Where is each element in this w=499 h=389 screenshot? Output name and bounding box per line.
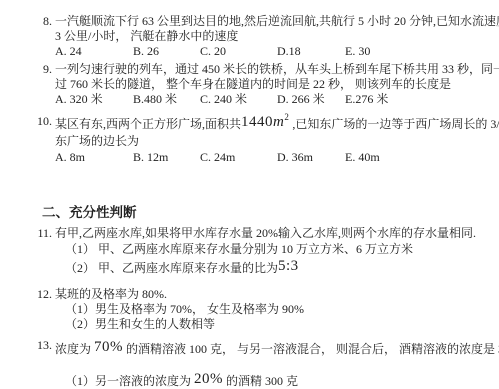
option-c: C. 240 米 (200, 92, 277, 107)
question-13-number: 13. (30, 338, 52, 353)
concentration-formula-70: 70% (94, 339, 123, 355)
question-12-stem: 某班的及格率为 80%. (55, 287, 489, 302)
option-a: A. 320 米 (55, 92, 133, 107)
question-13-text-mid: 的酒精溶液 100 克， 与另一溶液混合， 则混合后， 酒精溶液的浓度是 30%… (126, 342, 499, 356)
option-b: B. 12m (133, 150, 200, 165)
concentration-formula-20: 20% (194, 371, 223, 387)
question-10: 10. 某区有东,西两个正方形广场,面积共1440m2 ,已知东广场的一边等于西… (0, 114, 499, 165)
question-10-text-pre: 某区有东,西两个正方形广场,面积共 (55, 117, 241, 131)
question-8-number: 8. (30, 14, 52, 29)
question-12-condition-2: （2）男生和女生的人数相等 (65, 317, 489, 332)
ratio-formula: 5:3 (278, 258, 299, 274)
option-c: C. 24m (200, 150, 277, 165)
document-page: 8. 一汽艇顺流下行 63 公里到达目的地,然后逆流回航,共航行 5 小时 20… (0, 0, 499, 389)
condition-2-text: （2） 甲、乙两座水库原来存水量的比为 (65, 261, 278, 275)
option-e: E. 40m (345, 150, 380, 165)
area-formula: 1440m2 (241, 114, 289, 130)
question-13-condition-1: （1）另一溶液的浓度为 20% 的酒精 300 克 (65, 371, 489, 389)
question-8-line-2: 3 公里/小时， 汽艇在静水中的速度 (55, 29, 489, 44)
question-13: 13. 浓度为 70% 的酒精溶液 100 克， 与另一溶液混合， 则混合后， … (0, 338, 499, 389)
option-d: D. 36m (277, 150, 345, 165)
question-13-text-pre: 浓度为 (55, 342, 91, 356)
option-a: A. 24 (55, 44, 133, 59)
option-a: A. 8m (55, 150, 133, 165)
option-b: B.480 米 (133, 92, 200, 107)
section-2-title: 二、充分性判断 (0, 205, 499, 220)
question-10-text-post: ,已知东广场的一边等于西广场周长的 3/4,则 (289, 117, 499, 131)
question-9-options: A. 320 米B.480 米C. 240 米D. 266 米E.276 米 (55, 92, 489, 107)
question-8-line-1: 一汽艇顺流下行 63 公里到达目的地,然后逆流回航,共航行 5 小时 20 分钟… (55, 14, 489, 29)
question-10-options: A. 8mB. 12mC. 24mD. 36mE. 40m (55, 150, 489, 165)
option-b: B. 26 (133, 44, 200, 59)
option-e: E. 30 (345, 44, 370, 59)
question-11: 11. 有甲,乙两座水库,如果将甲水库存水量 20%输入乙水库,则两个水库的存水… (0, 226, 499, 277)
question-13-stem: 浓度为 70% 的酒精溶液 100 克， 与另一溶液混合， 则混合后， 酒精溶液… (55, 338, 489, 358)
question-9-line-1: 一列匀速行驶的列车，通过 450 米长的铁桥，从车头上桥到车尾下桥共用 33 秒… (55, 62, 489, 77)
question-8: 8. 一汽艇顺流下行 63 公里到达目的地,然后逆流回航,共航行 5 小时 20… (0, 14, 499, 59)
option-c: C. 20 (200, 44, 277, 59)
question-8-options: A. 24B. 26C. 20D.18E. 30 (55, 44, 489, 59)
condition-1-text-pre: （1）另一溶液的浓度为 (65, 374, 191, 388)
question-12: 12. 某班的及格率为 80%. （1）男生及格率为 70%， 女生及格率为 9… (0, 287, 499, 332)
condition-1-text-post: 的酒精 300 克 (226, 374, 298, 388)
question-9: 9. 一列匀速行驶的列车，通过 450 米长的铁桥，从车头上桥到车尾下桥共用 3… (0, 62, 499, 107)
formula-number: 1440 (241, 114, 273, 130)
question-9-number: 9. (30, 62, 52, 77)
question-11-condition-1: （1） 甲、乙两座水库原来存水量分别为 10 万立方米、6 万立方米 (65, 241, 489, 258)
question-12-number: 12. (30, 287, 52, 302)
question-9-line-2: 过 760 米长的隧道， 整个车身在隧道内的时间是 22 秒， 则该列车的长度是 (55, 77, 489, 92)
question-11-stem: 有甲,乙两座水库,如果将甲水库存水量 20%输入乙水库,则两个水库的存水量相同. (55, 226, 489, 241)
option-e: E.276 米 (345, 92, 388, 107)
question-10-number: 10. (30, 114, 52, 129)
question-10-line-2: 东广场的边长为 (55, 133, 489, 150)
question-12-condition-1: （1）男生及格率为 70%， 女生及格率为 90% (65, 302, 489, 317)
option-d: D.18 (277, 44, 345, 59)
question-11-number: 11. (30, 226, 52, 241)
formula-variable: m (273, 114, 284, 130)
question-11-condition-2: （2） 甲、乙两座水库原来存水量的比为5:3 (65, 258, 489, 277)
question-10-line-1: 某区有东,西两个正方形广场,面积共1440m2 ,已知东广场的一边等于西广场周长… (55, 114, 489, 133)
option-d: D. 266 米 (277, 92, 345, 107)
